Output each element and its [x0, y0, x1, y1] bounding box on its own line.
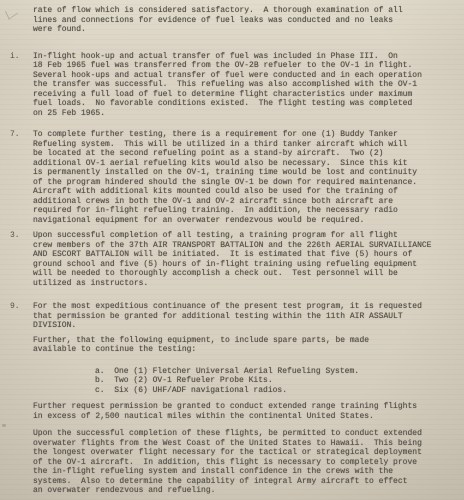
paragraph-text: rate of flow which is considered satisfa…	[33, 6, 456, 35]
paragraph: 9. For the most expeditious continuance …	[33, 302, 456, 331]
paragraph: 7. To complete further testing, there is…	[33, 130, 456, 225]
paragraph-text: Further request permission be granted to…	[33, 402, 456, 421]
paragraph-text: Further, that the following equipment, t…	[33, 336, 456, 355]
list-marker: 7.	[10, 130, 20, 140]
paragraph: Further, that the following equipment, t…	[33, 336, 456, 355]
paragraph-text: For the most expeditious continuance of …	[33, 302, 456, 331]
scan-artifact	[5, 5, 18, 20]
paragraph: Upon the successful completion of these …	[33, 429, 456, 496]
scanned-document-page: rate of flow which is considered satisfa…	[0, 0, 464, 500]
list-marker: i.	[10, 52, 20, 62]
paragraph-text: Upon the successful completion of these …	[33, 429, 456, 496]
paragraph: i. In-flight hook-up and actual transfer…	[33, 52, 456, 119]
paragraph-text: In-flight hook-up and actual transfer of…	[33, 52, 456, 119]
paragraph-text: Upon successful completion of all testin…	[33, 231, 456, 288]
list-marker: 3.	[10, 231, 20, 241]
paragraph: Further request permission be granted to…	[33, 402, 456, 421]
paragraph-text: To complete further testing, there is a …	[33, 130, 456, 225]
sub-list-items: a. One (1) Fletcher Universal Aerial Ref…	[95, 367, 456, 396]
paragraph: 3. Upon successful completion of all tes…	[33, 231, 456, 288]
scan-artifact	[2, 424, 6, 427]
list-marker: 9.	[10, 302, 20, 312]
document-body: rate of flow which is considered satisfa…	[33, 6, 456, 496]
paragraph: rate of flow which is considered satisfa…	[33, 6, 456, 35]
sub-list: a. One (1) Fletcher Universal Aerial Ref…	[95, 367, 456, 396]
